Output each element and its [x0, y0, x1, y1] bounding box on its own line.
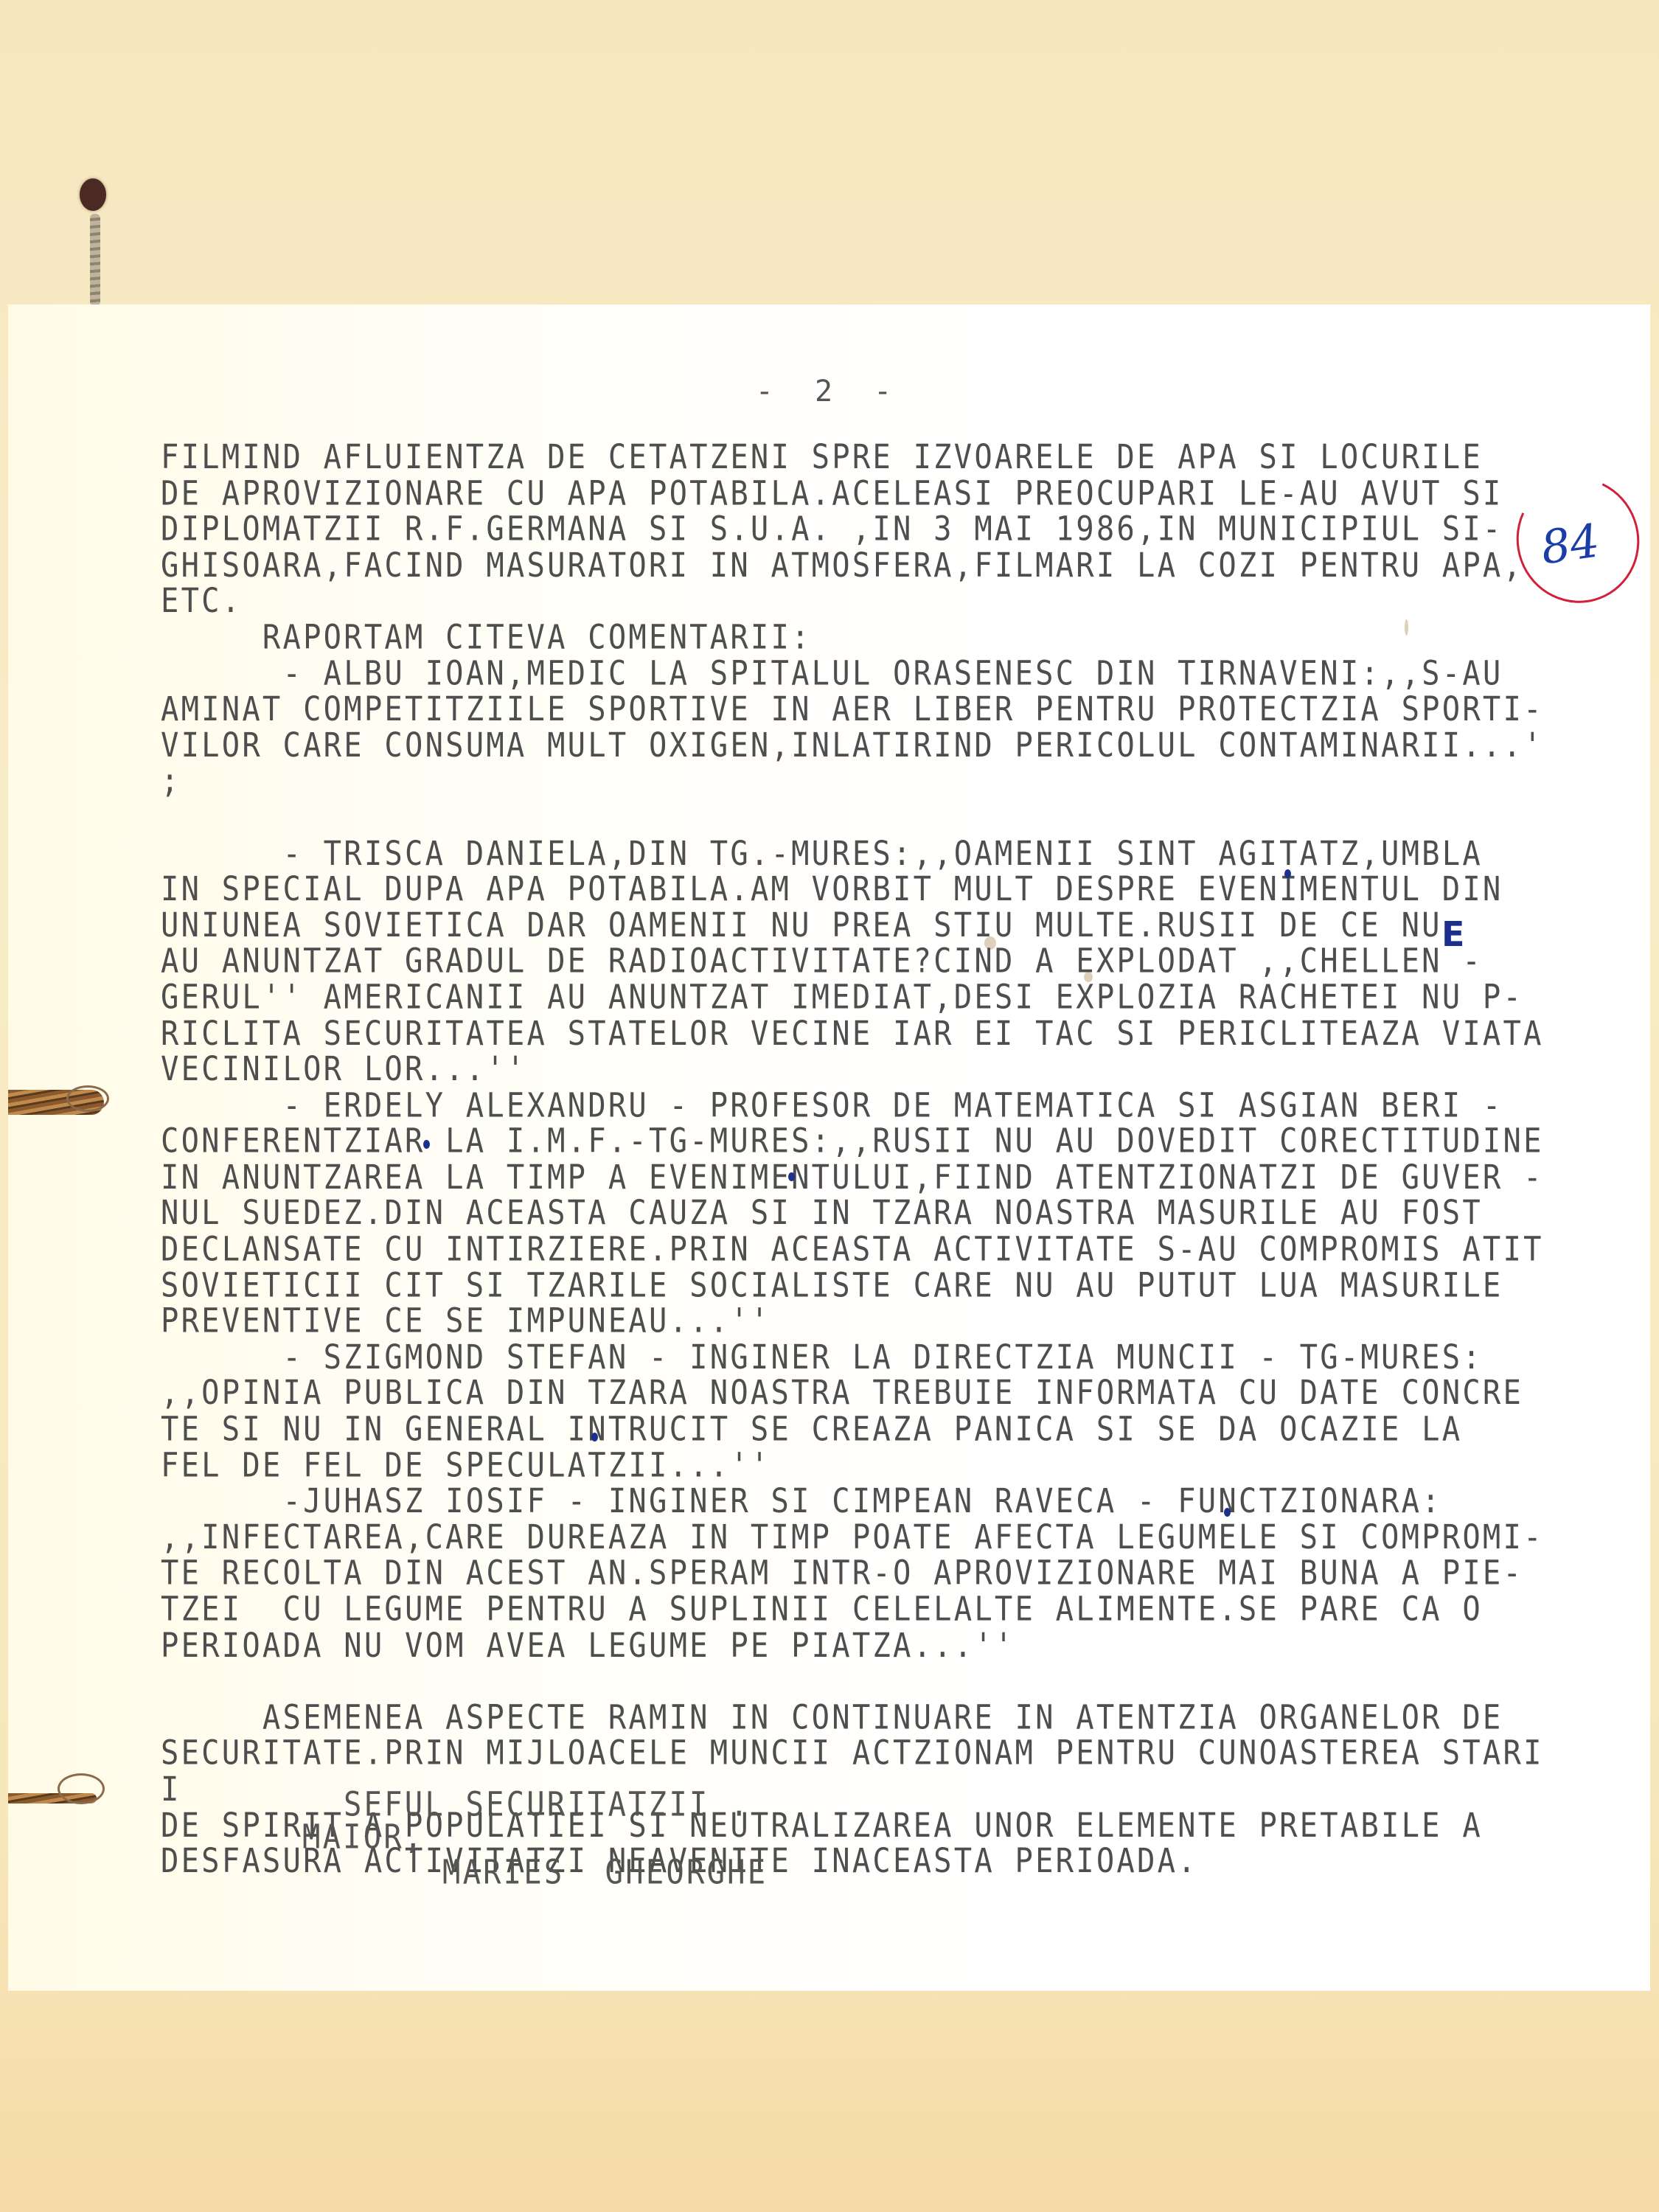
text-line: ,,OPINIA PUBLICA DIN TZARA NOASTRA TREBU… [161, 1375, 1562, 1411]
text-line: TZEI CU LEGUME PENTRU A SUPLINII CELELAL… [161, 1591, 1562, 1627]
text-line: TE RECOLTA DIN ACEST AN.SPERAM INTR-O AP… [161, 1556, 1562, 1592]
document-body: FILMIND AFLUIENTZA DE CETATZENI SPRE IZV… [161, 439, 1562, 1879]
handwritten-correction: E [1441, 914, 1464, 954]
text-line: DE APROVIZIONARE CU APA POTABILA.ACELEAS… [161, 476, 1562, 512]
pen-mark [423, 1140, 430, 1149]
binding-hole [80, 178, 106, 211]
text-line: IN ANUNTZAREA LA TIMP A EVENIMENTULUI,FI… [161, 1160, 1562, 1196]
text-line: GHISOARA,FACIND MASURATORI IN ATMOSFERA,… [161, 547, 1562, 583]
text-line: AU ANUNTZAT GRADUL DE RADIOACTIVITATE?CI… [161, 944, 1562, 980]
text-line: VILOR CARE CONSUMA MULT OXIGEN,INLATIRIN… [161, 728, 1562, 764]
pen-mark [1284, 869, 1291, 878]
text-line: CONFERENTZIAR LA I.M.F.-TG-MURES:,,RUSII… [161, 1124, 1562, 1160]
text-line: ,,INFECTAREA,CARE DUREAZA IN TIMP POATE … [161, 1520, 1562, 1556]
text-line: SECURITATE.PRIN MIJLOACELE MUNCII ACTZIO… [161, 1736, 1562, 1772]
text-line: - TRISCA DANIELA,DIN TG.-MURES:,,OAMENII… [161, 835, 1562, 872]
pen-mark [1224, 1508, 1231, 1517]
text-line: UNIUNEA SOVIETICA DAR OAMENII NU PREA ST… [161, 908, 1562, 944]
folio-number-handwritten: 84 [1537, 511, 1618, 574]
text-line: TE SI NU IN GENERAL INTRUCIT SE CREAZA P… [161, 1411, 1562, 1447]
text-line: PREVENTIVE CE SE IMPUNEAU...'' [161, 1304, 1562, 1340]
text-line: FILMIND AFLUIENTZA DE CETATZENI SPRE IZV… [161, 439, 1562, 476]
text-line: ASEMENEA ASPECTE RAMIN IN CONTINUARE IN … [161, 1700, 1562, 1736]
pen-mark [788, 1172, 795, 1181]
text-line: IN SPECIAL DUPA APA POTABILA.AM VORBIT M… [161, 872, 1562, 908]
pen-mark [591, 1433, 598, 1441]
text-line: DIPLOMATZII R.F.GERMANA SI S.U.A. ,IN 3 … [161, 512, 1562, 548]
text-line: SOVIETICII CIT SI TZARILE SOCIALISTE CAR… [161, 1267, 1562, 1304]
text-line: RICLITA SECURITATEA STATELOR VECINE IAR … [161, 1015, 1562, 1051]
text-line: DECLANSATE CU INTIRZIERE.PRIN ACEASTA AC… [161, 1231, 1562, 1267]
signature-name: MARIES GHEORGHE [442, 1852, 768, 1892]
text-line: PERIOADA NU VOM AVEA LEGUME PE PIATZA...… [161, 1627, 1562, 1663]
text-line: ; [161, 763, 1562, 799]
page-number: - 2 - [0, 375, 1659, 408]
text-line: RAPORTAM CITEVA COMENTARII: [161, 619, 1562, 655]
text-line: FEL DE FEL DE SPECULATZII...'' [161, 1447, 1562, 1484]
binding-string [90, 214, 100, 306]
signature-rank: MAIOR, [302, 1817, 425, 1857]
text-line: GERUL'' AMERICANII AU ANUNTZAT IMEDIAT,D… [161, 979, 1562, 1015]
text-line: - SZIGMOND STEFAN - INGINER LA DIRECTZIA… [161, 1340, 1562, 1376]
text-line [161, 1663, 1562, 1700]
text-line [161, 799, 1562, 835]
binding-string-loop [66, 1085, 109, 1112]
text-line: ETC. [161, 583, 1562, 619]
text-line: NUL SUEDEZ.DIN ACEASTA CAUZA SI IN TZARA… [161, 1195, 1562, 1231]
text-line: - ALBU IOAN,MEDIC LA SPITALUL ORASENESC … [161, 655, 1562, 692]
binding-string-loop [58, 1773, 105, 1804]
text-line: -JUHASZ IOSIF - INGINER SI CIMPEAN RAVEC… [161, 1484, 1562, 1520]
text-line: AMINAT COMPETITZIILE SPORTIVE IN AER LIB… [161, 692, 1562, 728]
text-line: - ERDELY ALEXANDRU - PROFESOR DE MATEMAT… [161, 1088, 1562, 1124]
text-line: VECINILOR LOR...'' [161, 1051, 1562, 1088]
